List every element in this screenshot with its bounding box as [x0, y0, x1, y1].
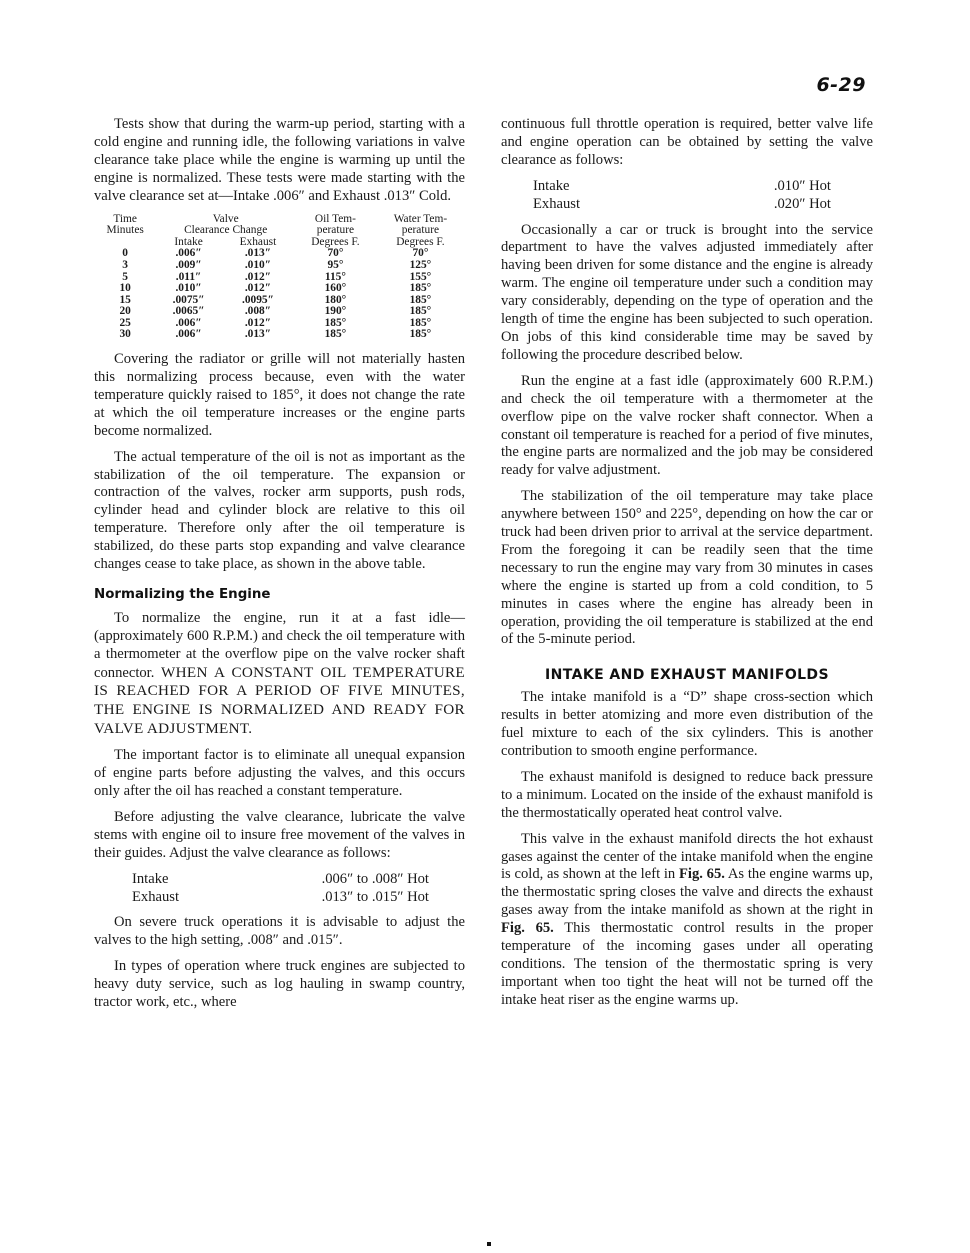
spec-label: Exhaust: [132, 889, 322, 907]
heavy-duty-paragraph: In types of operation where truck engine…: [94, 958, 465, 1012]
intro-paragraph: Tests show that during the warm-up perio…: [94, 116, 465, 206]
spec-value: .013″ to .015″ Hot: [322, 889, 429, 907]
figure-reference: Fig. 65.: [679, 866, 725, 882]
valve-clearance-table: TimeMinutes ValveClearance Change Oil Te…: [94, 214, 465, 342]
scan-speck: [487, 1242, 491, 1246]
clearance-spec-heavy: Intake .010″ Hot Exhaust .020″ Hot: [501, 178, 873, 214]
left-column: Tests show that during the warm-up perio…: [94, 116, 465, 1020]
run-engine-paragraph: Run the engine at a fast idle (approxima…: [501, 373, 873, 480]
intake-manifold-paragraph: The intake manifold is a “D” shape cross…: [501, 689, 873, 761]
right-column: continuous full throttle operation is re…: [501, 116, 873, 1018]
heat-control-valve-paragraph: This valve in the exhaust manifold direc…: [501, 831, 873, 1010]
normalize-paragraph: To normalize the engine, run it at a fas…: [94, 610, 465, 739]
figure-reference: Fig. 65.: [501, 920, 554, 936]
header-water-temp: Water Tem-peratureDegrees F.: [376, 214, 465, 249]
header-oil-temp: Oil Tem-peratureDegrees F.: [295, 214, 376, 249]
spec-label: Exhaust: [533, 196, 774, 214]
section-heading-normalizing: Normalizing the Engine: [94, 586, 465, 604]
section-heading-manifolds: INTAKE AND EXHAUST MANIFOLDS: [501, 667, 873, 685]
important-factor-paragraph: The important factor is to eliminate all…: [94, 747, 465, 801]
exhaust-manifold-paragraph: The exhaust manifold is designed to redu…: [501, 769, 873, 823]
page-number: 6-29: [816, 74, 866, 96]
spec-value: .020″ Hot: [774, 196, 831, 214]
stabilization-paragraph: The stabilization of the oil temperature…: [501, 488, 873, 649]
table-header-row: TimeMinutes ValveClearance Change Oil Te…: [94, 214, 465, 237]
header-time: TimeMinutes: [94, 214, 156, 237]
header-valve-clearance: ValveClearance Change: [156, 214, 295, 237]
spec-label: Intake: [533, 178, 774, 196]
table-row: 30.006″.013″185°185°: [94, 329, 465, 341]
occasionally-paragraph: Occasionally a car or truck is brought i…: [501, 222, 873, 365]
spec-label: Intake: [132, 871, 322, 889]
spec-value: .010″ Hot: [774, 178, 831, 196]
covering-paragraph: Covering the radiator or grille will not…: [94, 351, 465, 441]
continuous-throttle-paragraph: continuous full throttle operation is re…: [501, 116, 873, 170]
actual-temperature-paragraph: The actual temperature of the oil is not…: [94, 449, 465, 574]
table-row: 10.010″.012″160°185°: [94, 283, 465, 295]
spec-value: .006″ to .008″ Hot: [322, 871, 429, 889]
before-adjusting-paragraph: Before adjusting the valve clearance, lu…: [94, 809, 465, 863]
table-row: 3.009″.010″95°125°: [94, 260, 465, 272]
clearance-spec-normal: Intake .006″ to .008″ Hot Exhaust .013″ …: [94, 871, 465, 907]
severe-operations-paragraph: On severe truck operations it is advisab…: [94, 914, 465, 950]
